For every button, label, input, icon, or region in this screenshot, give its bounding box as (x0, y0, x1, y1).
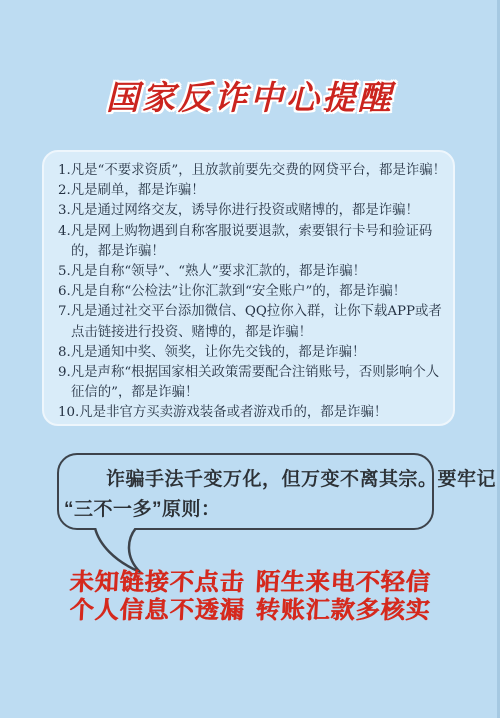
warning-item-4: 4.凡是网上购物遇到自称客服说要退款，索要银行卡号和验证码的，都是诈骗！ (58, 222, 447, 262)
slogan-transfer-verify: 转账汇款多核实 (249, 597, 436, 625)
warning-item-2: 2.凡是刷单，都是诈骗！ (58, 181, 447, 201)
slogan-stranger-calls: 陌生来电不轻信 (249, 569, 436, 597)
warning-item-8: 8.凡是通知中奖、领奖，让你先交钱的，都是诈骗！ (58, 343, 447, 363)
warning-item-1: 1.凡是“不要求资质”，且放款前要先交费的网贷平台，都是诈骗！ (58, 161, 447, 181)
anti-fraud-poster: 国家反诈中心提醒 1.凡是“不要求资质”，且放款前要先交费的网贷平台，都是诈骗！… (0, 0, 500, 718)
warnings-box: 1.凡是“不要求资质”，且放款前要先交费的网贷平台，都是诈骗！ 2.凡是刷单，都… (42, 150, 455, 426)
bubble-text-line-2: “三不一多”原则： (64, 495, 422, 525)
slogan-row-2: 个人信息不透漏 转账汇款多核实 (0, 597, 500, 625)
warning-item-9: 9.凡是声称“根据国家相关政策需要配合注销账号，否则影响个人征信的”，都是诈骗！ (58, 363, 447, 403)
warning-item-7: 7.凡是通过社交平台添加微信、QQ拉你入群，让你下载APP或者点击链接进行投资、… (58, 302, 447, 342)
warning-item-6: 6.凡是自称“公检法”让你汇款到“安全账户”的，都是诈骗！ (58, 282, 447, 302)
warning-item-3: 3.凡是通过网络交友，诱导你进行投资或赌博的，都是诈骗！ (58, 201, 447, 221)
slogan-unknown-links: 未知链接不点击 (63, 569, 250, 597)
slogan-row-1: 未知链接不点击 陌生来电不轻信 (0, 569, 500, 597)
warning-item-5: 5.凡是自称“领导”、“熟人”要求汇款的，都是诈骗！ (58, 262, 447, 282)
slogan-personal-info: 个人信息不透漏 (63, 597, 250, 625)
bubble-text-line-1: 诈骗手法千变万化，但万变不离其宗。要牢记 (64, 465, 422, 495)
speech-bubble-tail (90, 528, 148, 575)
poster-title: 国家反诈中心提醒 (0, 72, 500, 119)
speech-bubble: 诈骗手法千变万化，但万变不离其宗。要牢记 “三不一多”原则： (57, 453, 434, 530)
slogans-section: 未知链接不点击 陌生来电不轻信 个人信息不透漏 转账汇款多核实 (0, 569, 500, 625)
warning-item-10: 10.凡是非官方买卖游戏装备或者游戏币的，都是诈骗！ (58, 403, 447, 423)
